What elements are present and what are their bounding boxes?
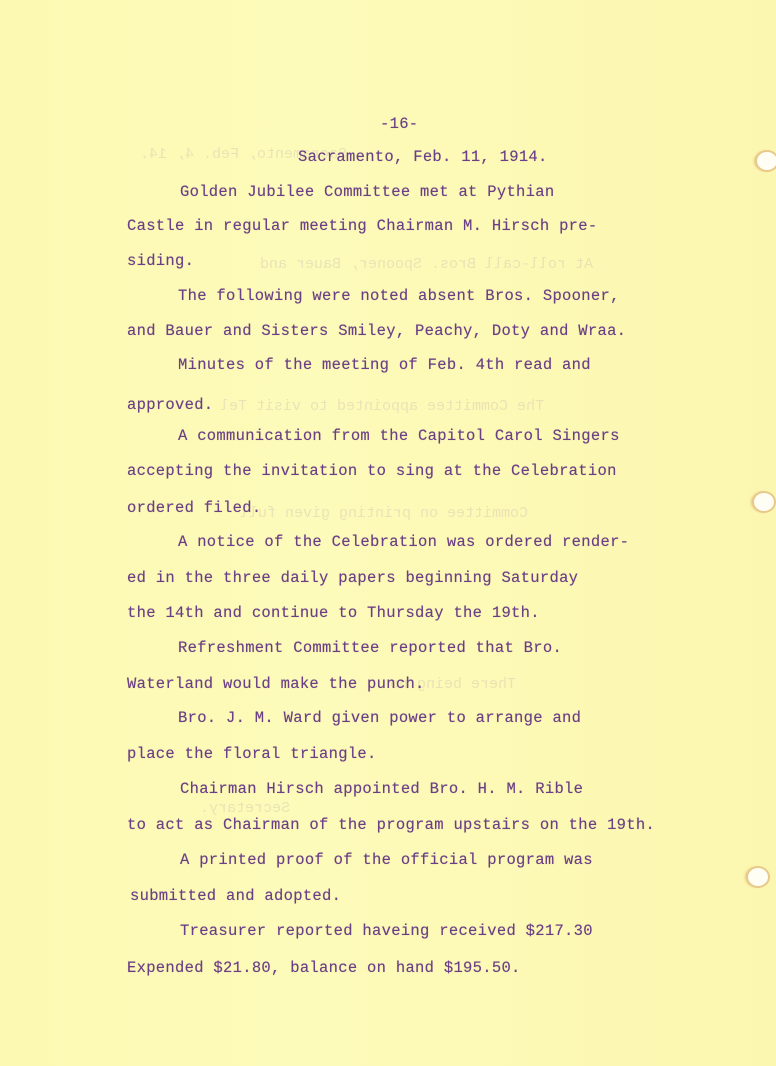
text-line: place the floral triangle.	[127, 745, 377, 763]
text-line: Treasurer reported haveing received $217…	[180, 922, 593, 940]
text-line: Waterland would make the punch.	[127, 675, 425, 693]
text-line: Golden Jubilee Committee met at Pythian	[180, 183, 554, 201]
text-line: to act as Chairman of the program upstai…	[127, 816, 655, 834]
text-line: A communication from the Capitol Carol S…	[178, 427, 620, 445]
text-line: Expended $21.80, balance on hand $195.50…	[127, 959, 521, 977]
bleed-through-text: Secretary.	[200, 800, 290, 817]
document-page: Sacramento, Feb. 4, 14. At roll-call Bro…	[0, 0, 776, 1066]
dateline: Sacramento, Feb. 11, 1914.	[298, 148, 548, 166]
page-number: -16-	[380, 115, 418, 133]
text-line: Chairman Hirsch appointed Bro. H. M. Rib…	[180, 780, 583, 798]
text-line: A printed proof of the official program …	[180, 851, 593, 869]
punch-hole	[754, 493, 774, 511]
text-line: The following were noted absent Bros. Sp…	[178, 287, 620, 305]
text-line: the 14th and continue to Thursday the 19…	[127, 604, 540, 622]
punch-hole	[757, 152, 776, 170]
bleed-through-text: The Committee appointed to visit Tel	[220, 398, 544, 415]
text-line: Minutes of the meeting of Feb. 4th read …	[178, 356, 591, 374]
text-line: A notice of the Celebration was ordered …	[178, 533, 629, 551]
text-line: Castle in regular meeting Chairman M. Hi…	[127, 217, 597, 235]
text-line: siding.	[127, 252, 194, 270]
text-line: approved.	[127, 396, 213, 414]
text-line: accepting the invitation to sing at the …	[127, 462, 617, 480]
bleed-through-text: Committee on printing given full	[240, 505, 528, 522]
text-line: ordered filed.	[127, 499, 261, 517]
text-line: Bro. J. M. Ward given power to arrange a…	[178, 709, 581, 727]
punch-hole	[748, 868, 768, 886]
text-line: ed in the three daily papers beginning S…	[127, 569, 578, 587]
bleed-through-text: At roll-call Bros. Spooner, Bauer and	[260, 256, 593, 273]
text-line: submitted and adopted.	[130, 887, 341, 905]
text-line: and Bauer and Sisters Smiley, Peachy, Do…	[127, 322, 626, 340]
text-line: Refreshment Committee reported that Bro.	[178, 639, 562, 657]
